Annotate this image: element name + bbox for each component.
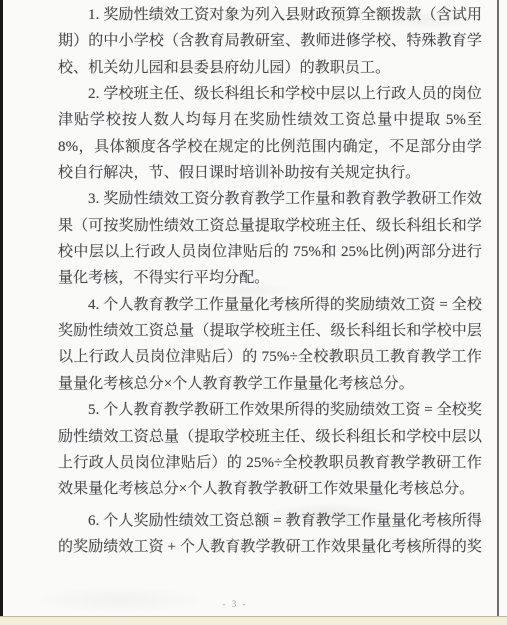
paragraph-5: 5. 个人教育教学教研工作效果所得的奖励绩效工资 = 全校奖励性绩效工资总量（提… <box>58 397 482 502</box>
scan-left-edge <box>0 0 3 617</box>
paragraph-1: 1. 奖励性绩效工资对象为列入县财政预算全额拨款（含试用期）的中小学校（含教育局… <box>58 2 482 81</box>
scan-bottom-strip <box>0 616 507 625</box>
paragraph-4: 4. 个人教育教学工作量量化考核所得的奖励绩效工资 = 全校奖励性绩效工资总量（… <box>58 292 482 397</box>
paragraph-3: 3. 奖励性绩效工资分教育教学工作量和教育教学教研工作效果（可按奖励性绩效工资总… <box>58 186 482 291</box>
scan-right-edge <box>497 0 499 616</box>
paragraph-6: 6. 个人奖励性绩效工资总额 = 教育教学工作量量化考核所得的奖励绩效工资 + … <box>58 508 482 561</box>
scanned-document-page: 1. 奖励性绩效工资对象为列入县财政预算全额拨款（含试用期）的中小学校（含教育局… <box>0 0 507 625</box>
document-body: 1. 奖励性绩效工资对象为列入县财政预算全额拨款（含试用期）的中小学校（含教育局… <box>58 2 482 560</box>
page-number: - 3 - <box>0 599 470 609</box>
paragraph-2: 2. 学校班主任、级长科组长和学校中层以上行政人员的岗位津贴学校按人数人均每月在… <box>58 81 482 186</box>
